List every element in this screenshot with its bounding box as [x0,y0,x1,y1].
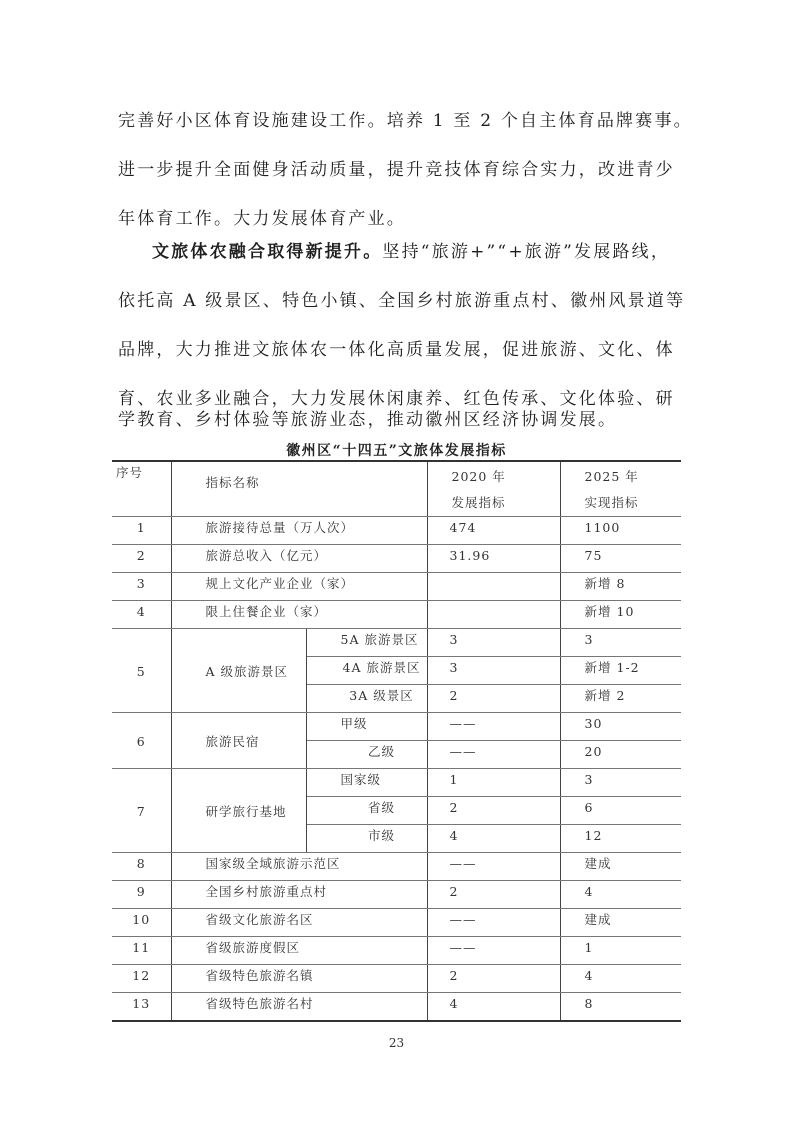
paragraph-line: 品牌，大力推进文旅体农一体化高质量发展，促进旅游、文化、体 [118,335,688,360]
cell-name: A 级旅游景区 [171,629,306,713]
cell-2020: 2 [427,797,560,825]
cell-seq: 10 [112,909,171,937]
cell-seq: 13 [112,993,171,1022]
cell-name: 省级旅游度假区 [171,937,427,965]
cell-2020: —— [427,909,560,937]
cell-2025: 20 [560,741,681,769]
cell-2025: 12 [560,825,681,853]
cell-2025: 建成 [560,853,681,881]
cell-2020: 474 [427,517,560,545]
cell-seq: 5 [112,629,171,713]
cell-seq: 7 [112,769,171,853]
cell-2025: 6 [560,797,681,825]
indicators-table: 序号 指标名称 2020 年发展指标 2025 年实现指标 1 旅游接待总量（万… [112,460,681,1022]
cell-name: 旅游接待总量（万人次） [171,517,427,545]
header-2025-label: 实现指标 [585,490,678,516]
paragraph-line: 年体育工作。大力发展体育产业。 [118,204,688,229]
cell-sub-label: 5A 旅游景区 [306,629,427,657]
table-caption: 徽州区“十四五”文旅体发展指标 [0,440,793,460]
cell-sub-label: 省级 [306,797,427,825]
cell-name: 省级特色旅游名村 [171,993,427,1022]
cell-seq: 2 [112,545,171,573]
table-row: 6 旅游民宿 甲级 —— 30 [112,713,681,741]
cell-name: 规上文化产业企业（家） [171,573,427,601]
cell-sub-label: 甲级 [306,713,427,741]
cell-2020: 31.96 [427,545,560,573]
paragraph-line: 进一步提升全面健身活动质量，提升竞技体育综合实力，改进青少 [118,155,688,180]
table-row: 8 国家级全域旅游示范区 —— 建成 [112,853,681,881]
cell-2020 [427,601,560,629]
cell-2025: 新增 2 [560,685,681,713]
cell-2025: 8 [560,993,681,1022]
cell-name: 全国乡村旅游重点村 [171,881,427,909]
table-row: 2 旅游总收入（亿元） 31.96 75 [112,545,681,573]
cell-2020: —— [427,853,560,881]
cell-2025: 4 [560,881,681,909]
cell-seq: 11 [112,937,171,965]
header-2025: 2025 年实现指标 [560,461,681,517]
cell-name: 研学旅行基地 [171,769,306,853]
cell-seq: 3 [112,573,171,601]
cell-sub-label: 市级 [306,825,427,853]
cell-2020: 2 [427,881,560,909]
cell-name: 旅游民宿 [171,713,306,769]
cell-2020 [427,573,560,601]
cell-name: 限上住餐企业（家） [171,601,427,629]
header-2020-year: 2020 年 [452,464,556,490]
cell-name: 旅游总收入（亿元） [171,545,427,573]
table-row: 12 省级特色旅游名镇 2 4 [112,965,681,993]
table-row: 3 规上文化产业企业（家） 新增 8 [112,573,681,601]
cell-2025: 建成 [560,909,681,937]
table-row: 11 省级旅游度假区 —— 1 [112,937,681,965]
cell-2020: 4 [427,993,560,1022]
paragraph-line: 学教育、乡村体验等旅游业态，推动徽州区经济协调发展。 [118,405,688,430]
header-2020: 2020 年发展指标 [427,461,560,517]
header-name: 指标名称 [171,461,427,517]
cell-sub-label: 4A 旅游景区 [306,657,427,685]
cell-sub-label: 国家级 [306,769,427,797]
cell-seq: 8 [112,853,171,881]
cell-sub-label: 乙级 [306,741,427,769]
cell-2020: —— [427,937,560,965]
paragraph-text: 坚持“旅游+”“+旅游”发展路线， [382,242,670,262]
cell-seq: 1 [112,517,171,545]
cell-2020: 3 [427,657,560,685]
cell-name: 省级特色旅游名镇 [171,965,427,993]
cell-2025: 30 [560,713,681,741]
header-2020-label: 发展指标 [452,490,556,516]
page-number: 23 [0,1036,793,1050]
cell-2020: 2 [427,685,560,713]
cell-2020: 3 [427,629,560,657]
cell-2025: 3 [560,629,681,657]
paragraph-line: 文旅体农融合取得新提升。坚持“旅游+”“+旅游”发展路线， [152,237,722,262]
cell-seq: 4 [112,601,171,629]
cell-2020: —— [427,741,560,769]
cell-2025: 新增 1-2 [560,657,681,685]
table-row: 5 A 级旅游景区 5A 旅游景区 3 3 [112,629,681,657]
cell-2025: 3 [560,769,681,797]
cell-2020: —— [427,713,560,741]
cell-2020: 1 [427,769,560,797]
paragraph-line: 完善好小区体育设施建设工作。培养 1 至 2 个自主体育品牌赛事。 [118,106,688,131]
table-row: 13 省级特色旅游名村 4 8 [112,993,681,1022]
cell-2025: 新增 10 [560,601,681,629]
table-row: 1 旅游接待总量（万人次） 474 1100 [112,517,681,545]
section-heading: 文旅体农融合取得新提升。 [152,242,382,262]
header-2025-year: 2025 年 [585,464,678,490]
cell-2025: 1100 [560,517,681,545]
cell-2020: 4 [427,825,560,853]
cell-2025: 新增 8 [560,573,681,601]
table-row: 10 省级文化旅游名区 —— 建成 [112,909,681,937]
header-seq: 序号 [112,461,171,517]
table-header-row: 序号 指标名称 2020 年发展指标 2025 年实现指标 [112,461,681,517]
cell-seq: 9 [112,881,171,909]
table-row: 4 限上住餐企业（家） 新增 10 [112,601,681,629]
cell-seq: 6 [112,713,171,769]
cell-2025: 1 [560,937,681,965]
table-row: 7 研学旅行基地 国家级 1 3 [112,769,681,797]
table-row: 9 全国乡村旅游重点村 2 4 [112,881,681,909]
cell-name: 省级文化旅游名区 [171,909,427,937]
cell-name: 国家级全域旅游示范区 [171,853,427,881]
cell-sub-label: 3A 级景区 [306,685,427,713]
paragraph-line: 依托高 A 级景区、特色小镇、全国乡村旅游重点村、徽州风景道等 [118,286,688,311]
cell-seq: 12 [112,965,171,993]
cell-2020: 2 [427,965,560,993]
cell-2025: 4 [560,965,681,993]
cell-2025: 75 [560,545,681,573]
